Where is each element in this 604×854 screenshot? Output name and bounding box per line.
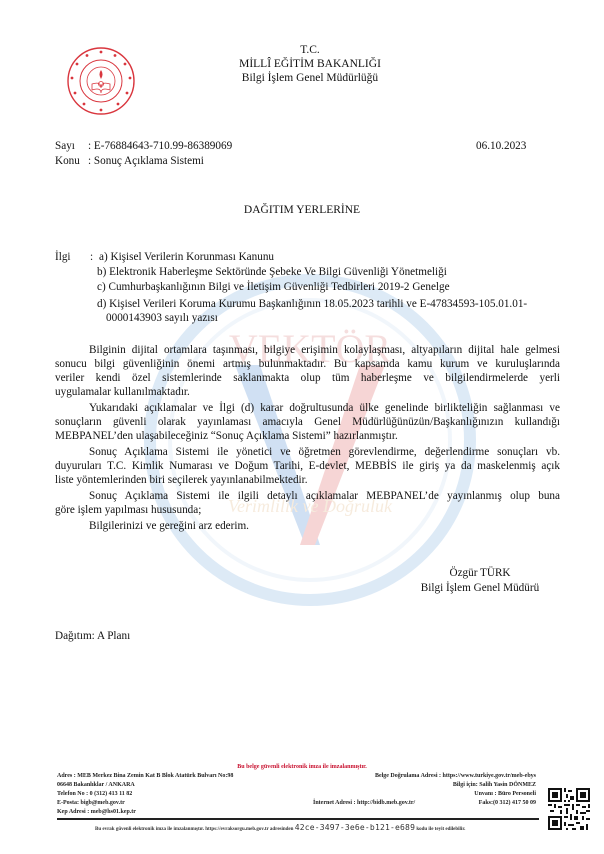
verification-line: Bu evrak güvenli elektronik imza ile imz… [95, 824, 555, 834]
footer-divider [57, 818, 539, 820]
verification-code: 42ce-3497-3e6e-b121-e689 [295, 823, 415, 832]
ilgi-item: d) Kişisel Verileri Koruma Kurumu Başkan… [97, 297, 527, 311]
body-paragraph-4: Sonuç Açıklama Sistemi ile ilgili detayl… [55, 489, 560, 517]
sayi-label: Sayı [55, 139, 85, 153]
ilgi-colon: : [90, 250, 93, 264]
esign-notice: Bu belge güvenli elektronik imza ile imz… [0, 763, 604, 771]
sayi-value: : E-76884643-710.99-86389069 [88, 139, 232, 153]
distribution: Dağıtım: A Planı [55, 629, 130, 643]
ilgi-item: b) Elektronik Haberleşme Sektöründe Şebe… [97, 265, 447, 279]
ilgi-item: 0000143903 sayılı yazısı [106, 311, 218, 325]
signer-title: Bilgi İşlem Genel Müdürü [380, 581, 580, 595]
internet-address[interactable]: İnternet Adresi : http://bidb.meb.gov.tr… [313, 799, 415, 808]
body-paragraph-1: Bilginin dijital ortamlara taşınması, bi… [55, 343, 560, 399]
konu-value: : Sonuç Açıklama Sistemi [88, 154, 204, 168]
ilgi-item: a) Kişisel Verilerin Korunması Kanunu [99, 250, 274, 264]
body-paragraph-2: Yukarıdaki açıklamalar ve İlgi (d) karar… [55, 401, 560, 443]
document-date: 06.10.2023 [476, 139, 526, 153]
header-tc: T.C. [200, 43, 420, 57]
email-link[interactable]: E-Posta: bigb@meb.gov.tr [57, 799, 337, 808]
header-ministry: MİLLÎ EĞİTİM BAKANLIĞI [200, 57, 420, 71]
ilgi-label: İlgi [55, 250, 71, 264]
document-title: DAĞITIM YERLERİNE [0, 203, 604, 217]
body-paragraph-5: Bilgilerinizi ve gereğini arz ederim. [55, 519, 560, 533]
ilgi-item: c) Cumhurbaşkanlığının Bilgi ve İletişim… [97, 280, 450, 294]
kep-link[interactable]: Kep Adresi : meb@hs01.kep.tr [57, 808, 337, 817]
signer-name: Özgür TÜRK [380, 566, 580, 580]
body-paragraph-3: Sonuç Açıklama Sistemi ile yönetici ve ö… [55, 445, 560, 487]
qr-code-icon [548, 788, 590, 830]
meb-seal-icon [66, 46, 136, 116]
header-department: Bilgi İşlem Genel Müdürlüğü [200, 71, 420, 85]
konu-label: Konu [55, 154, 85, 168]
footer-contact: Adres : MEB Merkez Bina Zemin Kat B Blok… [57, 772, 337, 817]
verify-link[interactable]: Belge Doğrulama Adresi : https://www.tur… [330, 772, 536, 781]
